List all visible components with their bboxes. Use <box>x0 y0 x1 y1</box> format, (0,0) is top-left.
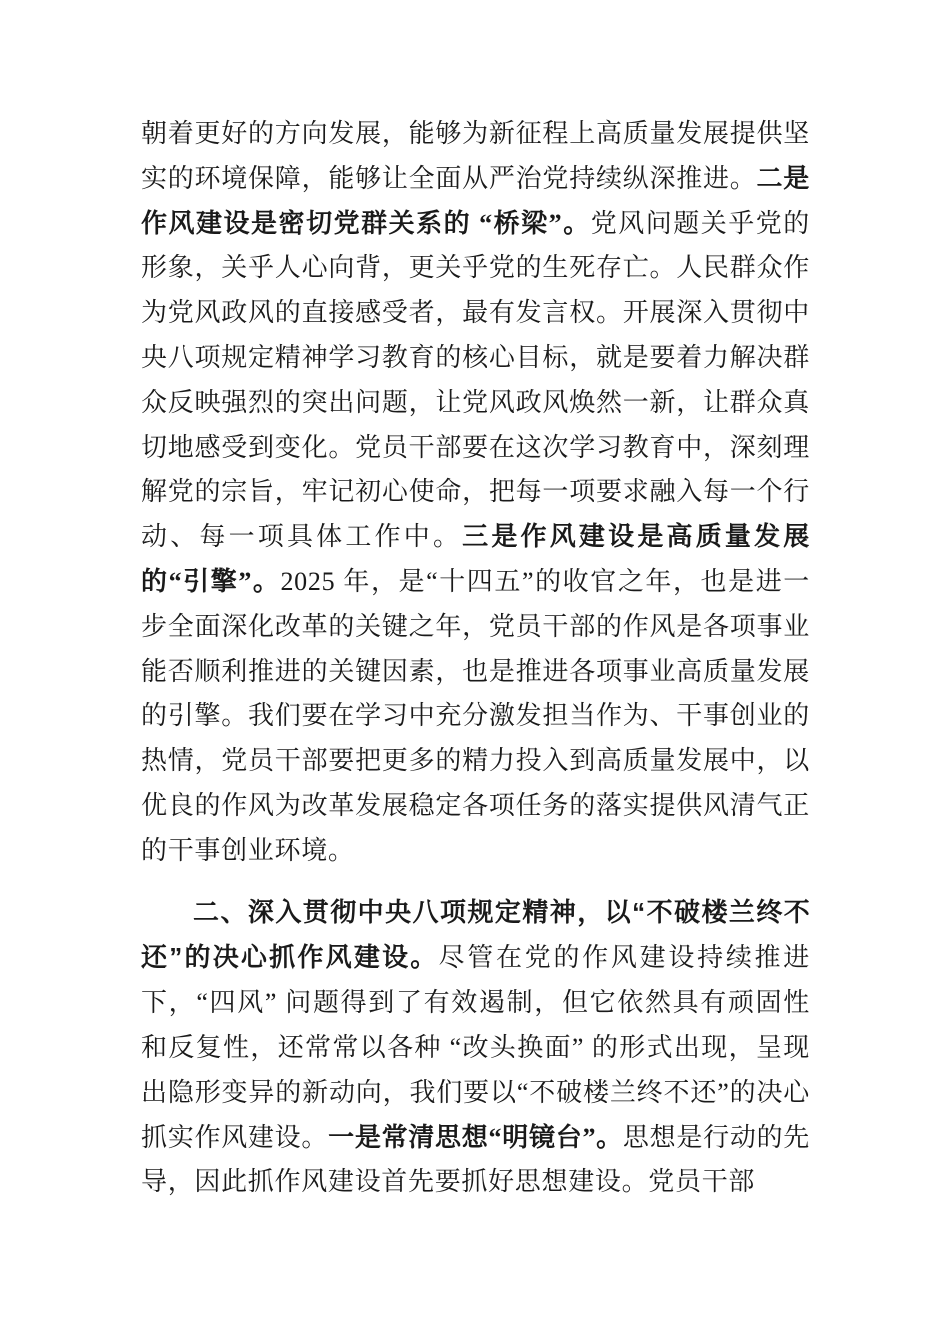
text-run: 尽管在党的作风建设持续推进下，“四风” 问题得到了有效遏制，但它依然具有顽固性和… <box>141 943 810 1151</box>
document-page: 朝着更好的方向发展，能够为新征程上高质量发展提供坚实的环境保障，能够让全面从严治… <box>0 0 950 1344</box>
text-block: 朝着更好的方向发展，能够为新征程上高质量发展提供坚实的环境保障，能够让全面从严治… <box>141 112 810 1205</box>
paragraph-2: 二、深入贯彻中央八项规定精神，以“不破楼兰终不还”的决心抓作风建设。尽管在党的作… <box>141 890 810 1206</box>
paragraph-1: 朝着更好的方向发展，能够为新征程上高质量发展提供坚实的环境保障，能够让全面从严治… <box>141 112 810 874</box>
text-run-bold: 一是常清思想“明镜台”。 <box>328 1123 623 1152</box>
text-run: 2025 年，是“十四五”的收官之年，也是进一步全面深化改革的关键之年，党员干部… <box>141 567 810 865</box>
text-run: 朝着更好的方向发展，能够为新征程上高质量发展提供坚实的环境保障，能够让全面从严治… <box>141 119 810 193</box>
text-run: 党风问题关乎党的形象，关乎人心向背，更关乎党的生死存亡。人民群众作为党风政风的直… <box>141 209 810 552</box>
